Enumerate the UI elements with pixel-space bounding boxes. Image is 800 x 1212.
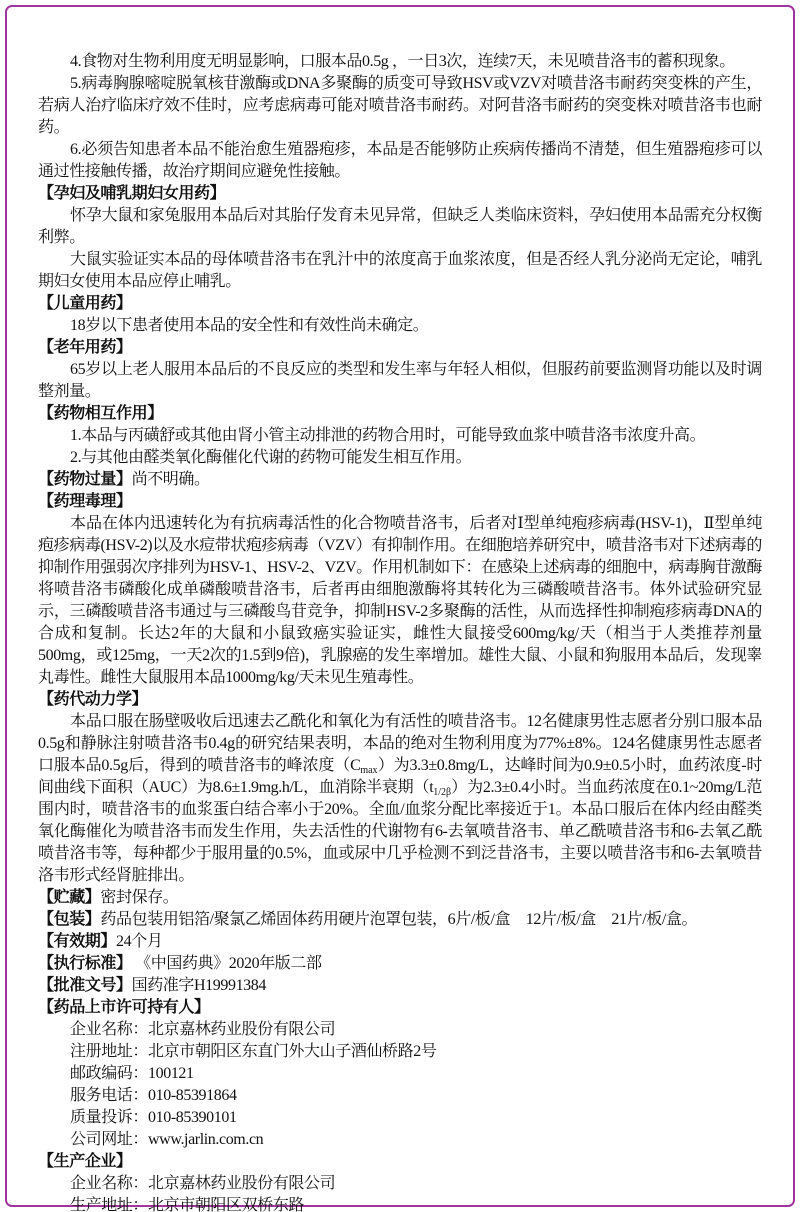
elderly-paragraph: 65岁以上老人服用本品后的不良反应的类型和发生率与年轻人相似，但服药前要监测肾功… [38,359,762,403]
field-value: 北京嘉林药业股份有限公司 [148,1021,335,1038]
precaution-item-6: 6.必须告知患者本品不能治愈生殖器疱疹，本品是否能够防止疾病传播尚不清楚，但生殖… [38,139,762,183]
holder-company-name-row: 企业名称：北京嘉林药业股份有限公司 [38,1019,762,1041]
field-value: www.jarlin.com.cn [148,1131,263,1148]
holder-service-phone-row: 服务电话：010-85391864 [38,1085,762,1107]
section-heading-manufacturer: 【生产企业】 [38,1151,762,1173]
holder-postal-code-row: 邮政编码：100121 [38,1063,762,1085]
field-label: 企业名称： [70,1021,148,1038]
field-value: 100121 [148,1065,194,1082]
field-value: 北京市朝阳区双桥东路 [148,1197,304,1212]
manufacturer-company-name-row: 企业名称：北京嘉林药业股份有限公司 [38,1173,762,1195]
holder-registered-address-row: 注册地址：北京市朝阳区东直门外大山子酒仙桥路2号 [38,1041,762,1063]
children-paragraph: 18岁以下患者使用本品的安全性和有效性尚未确定。 [38,315,762,337]
section-heading-pregnancy: 【孕妇及哺乳期妇女用药】 [38,183,762,205]
pregnancy-paragraph-2: 大鼠实验证实本品的母体喷昔洛韦在乳汁中的浓度高于血浆浓度，但是否经人乳分泌尚无定… [38,249,762,293]
overdose-text: 尚不明确。 [132,471,210,488]
section-validity: 【有效期】24个月 [38,931,762,953]
section-heading-pharmacokinetics: 【药代动力学】 [38,689,762,711]
pharmacology-paragraph: 本品在体内迅速转化为有抗病毒活性的化合物喷昔洛韦，后者对Ⅰ型单纯疱疹病毒(HSV… [38,513,762,689]
section-heading-validity: 【有效期】 [38,933,116,950]
field-label: 服务电话： [70,1087,148,1104]
leaflet-body: 4.食物对生物利用度无明显影响，口服本品0.5g ，一日3次，连续7天，未见喷昔… [38,51,762,1212]
section-heading-elderly: 【老年用药】 [38,337,762,359]
section-heading-standard: 【执行标准】 [38,955,132,972]
section-standard: 【执行标准】 《中国药典》2020年版二部 [38,953,762,975]
pk-subscript-halflife: 1/2β [433,787,451,798]
section-heading-storage: 【贮藏】 [38,889,100,906]
interactions-item-2: 2.与其他由醛类氧化酶催化代谢的药物可能发生相互作用。 [38,447,762,469]
field-value: 010-85391864 [148,1087,237,1104]
pk-subscript-cmax: max [360,765,377,776]
section-heading-packaging: 【包装】 [38,911,100,928]
field-label: 企业名称： [70,1175,148,1192]
precaution-item-5: 5.病毒胸腺嘧啶脱氧核苷激酶或DNA多聚酶的质变可导致HSV或VZV对喷昔洛韦耐… [38,73,762,139]
precaution-item-4: 4.食物对生物利用度无明显影响，口服本品0.5g ，一日3次，连续7天，未见喷昔… [38,51,762,73]
standard-text: 《中国药典》2020年版二部 [132,955,322,972]
section-heading-children: 【儿童用药】 [38,293,762,315]
holder-website-row: 公司网址：www.jarlin.com.cn [38,1129,762,1151]
section-heading-approval: 【批准文号】 [38,977,132,994]
section-heading-holder: 【药品上市许可持有人】 [38,997,762,1019]
section-storage: 【贮藏】密封保存。 [38,887,762,909]
field-value: 010-85390101 [148,1109,237,1126]
holder-quality-complaint-row: 质量投诉：010-85390101 [38,1107,762,1129]
field-label: 注册地址： [70,1043,148,1060]
section-heading-interactions: 【药物相互作用】 [38,403,762,425]
validity-text: 24个月 [116,933,162,950]
pharmacokinetics-paragraph: 本品口服在肠壁吸收后迅速去乙酰化和氧化为有活性的喷昔洛韦。12名健康男性志愿者分… [38,711,762,887]
storage-text: 密封保存。 [100,889,178,906]
pregnancy-paragraph-1: 怀孕大鼠和家兔服用本品后对其胎仔发育未见异常，但缺乏人类临床资料，孕妇使用本品需… [38,205,762,249]
section-heading-pharmacology: 【药理毒理】 [38,491,762,513]
packaging-text: 药品包装用铝箔/聚氯乙烯固体药用硬片泡罩包装，6片/板/盒 12片/板/盒 21… [100,911,697,928]
section-approval-number: 【批准文号】国药准字H19991384 [38,975,762,997]
section-overdose: 【药物过量】尚不明确。 [38,469,762,491]
interactions-item-1: 1.本品与丙磺舒或其他由肾小管主动排泄的药物合用时，可能导致血浆中喷昔洛韦浓度升… [38,425,762,447]
field-value: 北京市朝阳区东直门外大山子酒仙桥路2号 [148,1043,436,1060]
field-value: 北京嘉林药业股份有限公司 [148,1175,335,1192]
approval-text: 国药准字H19991384 [132,977,266,994]
section-packaging: 【包装】药品包装用铝箔/聚氯乙烯固体药用硬片泡罩包装，6片/板/盒 12片/板/… [38,909,762,931]
field-label: 邮政编码： [70,1065,148,1082]
manufacturer-production-address-row: 生产地址：北京市朝阳区双桥东路 [38,1195,762,1212]
section-heading-overdose: 【药物过量】 [38,471,132,488]
field-label: 公司网址： [70,1131,148,1148]
field-label: 生产地址： [70,1197,148,1212]
field-label: 质量投诉： [70,1109,148,1126]
